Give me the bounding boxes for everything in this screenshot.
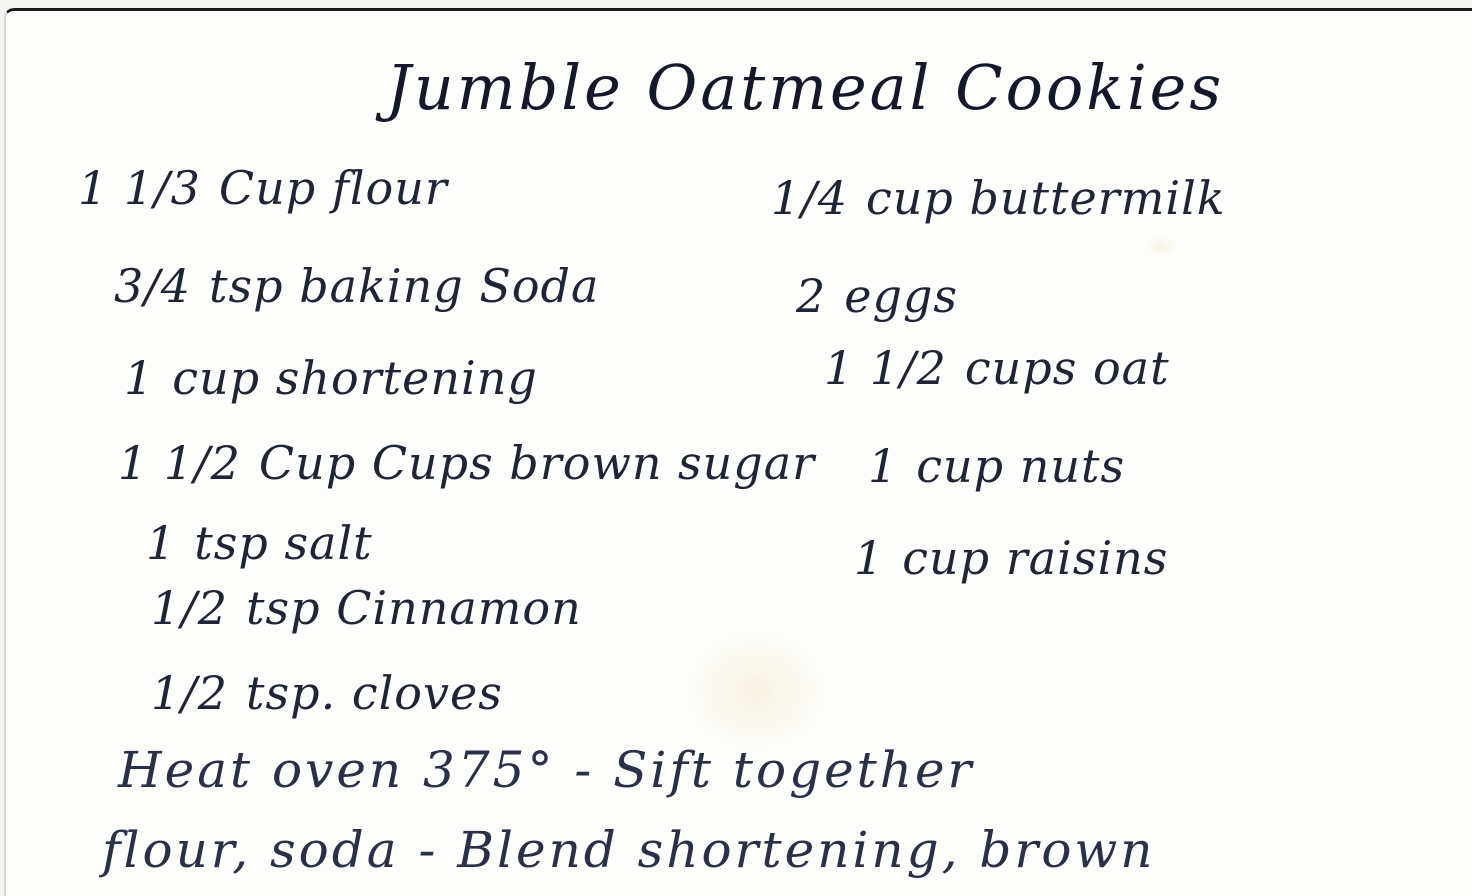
- ingredient-qty: 1 1/2: [118, 436, 241, 490]
- ingredient-item: tsp salt: [194, 516, 372, 570]
- ingredient-item: cup raisins: [902, 531, 1168, 585]
- ingredient-qty: 1: [146, 516, 176, 570]
- recipe-title: Jumble Oatmeal Cookies: [386, 51, 1224, 124]
- ingredient-qty: 1: [854, 531, 884, 585]
- ingredient-cinnamon: 1/2tsp Cinnamon: [151, 581, 582, 635]
- ingredient-flour: 1 1/3Cup flour: [78, 161, 448, 215]
- ingredient-salt: 1tsp salt: [146, 516, 373, 570]
- ingredient-qty: 1 1/3: [78, 161, 201, 215]
- paper-stain: [686, 631, 826, 751]
- ingredient-qty: 1/2: [151, 666, 228, 720]
- ingredient-brown-sugar: 1 1/2Cup Cups brown sugar: [118, 436, 815, 490]
- ingredient-item: cups oat: [965, 341, 1170, 395]
- ingredient-shortening: 1cup shortening: [124, 351, 538, 405]
- ingredient-item: cup shortening: [172, 351, 538, 405]
- recipe-card: Jumble Oatmeal Cookies 1 1/3Cup flour 3/…: [4, 8, 1472, 896]
- ingredient-item: tsp baking Soda: [209, 259, 599, 313]
- ingredient-item: cup buttermilk: [866, 171, 1226, 225]
- ingredient-qty: 1/2: [151, 581, 228, 635]
- ingredient-qty: 1 1/2: [824, 341, 947, 395]
- ingredient-item: Cup Cups brown sugar: [259, 436, 815, 490]
- ingredient-item: tsp Cinnamon: [246, 581, 582, 635]
- ingredient-qty: 1: [124, 351, 154, 405]
- ingredient-item: eggs: [844, 269, 958, 323]
- ingredient-item: Cup flour: [219, 161, 448, 215]
- ingredient-nuts: 1cup nuts: [868, 439, 1125, 493]
- instruction-line-1: Heat oven 375° - Sift together: [118, 741, 974, 799]
- ingredient-baking-soda: 3/4tsp baking Soda: [114, 259, 599, 313]
- ingredient-cloves: 1/2tsp. cloves: [151, 666, 503, 720]
- ingredient-qty: 1/4: [771, 171, 848, 225]
- ingredient-qty: 1: [868, 439, 898, 493]
- ingredient-eggs: 2eggs: [796, 269, 958, 323]
- ingredient-buttermilk: 1/4cup buttermilk: [771, 171, 1226, 225]
- ingredient-item: cup nuts: [916, 439, 1125, 493]
- instruction-line-2: flour, soda - Blend shortening, brown: [102, 821, 1155, 879]
- paper-spot: [1146, 236, 1176, 256]
- ingredient-raisins: 1cup raisins: [854, 531, 1168, 585]
- ingredient-oats: 1 1/2cups oat: [824, 341, 1170, 395]
- ingredient-qty: 3/4: [114, 259, 191, 313]
- ingredient-item: tsp. cloves: [246, 666, 503, 720]
- ingredient-qty: 2: [796, 269, 826, 323]
